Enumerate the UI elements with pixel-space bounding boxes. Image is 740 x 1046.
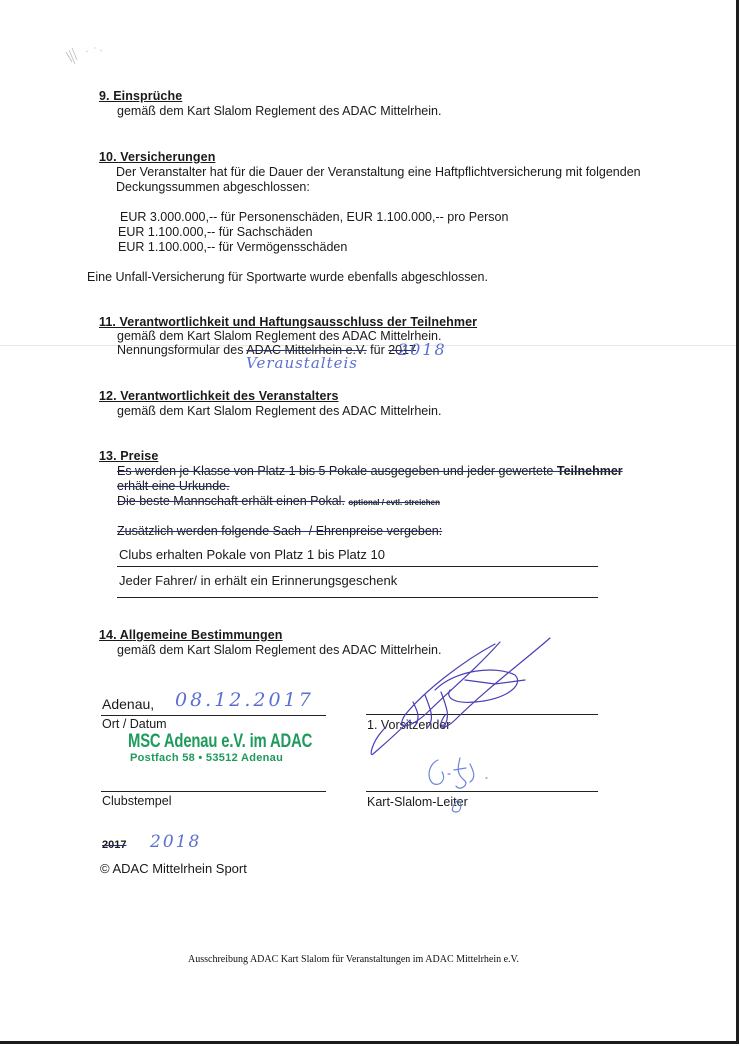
section-heading: 14. Allgemeine Bestimmungen (99, 628, 283, 642)
place-date-label: Ort / Datum (102, 717, 167, 732)
page-edge-right (736, 0, 739, 1044)
coverage-item: EUR 1.100.000,-- für Vermögensschäden (118, 240, 347, 255)
prize-item: Jeder Fahrer/ in erhält ein Erinnerungsg… (119, 573, 397, 588)
club-stamp-line (101, 791, 326, 792)
struck-text: Die beste Mannschaft erhält einen Pokal. (117, 494, 345, 508)
section-text: gemäß dem Kart Slalom Reglement des ADAC… (117, 104, 441, 119)
accident-insurance-note: Eine Unfall-Versicherung für Sportwarte … (87, 270, 488, 285)
coverage-item: EUR 1.100.000,-- für Sachschäden (118, 225, 313, 240)
struck-text: erhält eine Urkunde. (117, 479, 230, 494)
handwritten-year: 2018 (398, 340, 447, 359)
struck-text: Es werden je Klasse von Platz 1 bis 5 Po… (117, 464, 557, 478)
club-stamp-label: Clubstempel (102, 794, 171, 809)
handwritten-copyright-year: 2018 (150, 832, 201, 852)
prize-line (117, 597, 598, 598)
section-heading: 13. Preise (99, 449, 158, 463)
page-edge-bottom (0, 1041, 739, 1044)
stamp-address: Postfach 58 • 53512 Adenau (130, 752, 283, 764)
struck-prize-text: Es werden je Klasse von Platz 1 bis 5 Po… (117, 464, 623, 479)
optional-note: optional / evtl. streichen (348, 498, 440, 507)
prize-item: Clubs erhalten Pokale von Platz 1 bis Pl… (119, 547, 385, 562)
place-date-line (101, 715, 326, 716)
section-text: gemäß dem Kart Slalom Reglement des ADAC… (117, 404, 441, 419)
handwritten-organizer: Veraustalteis (246, 354, 358, 372)
chair-signature (355, 630, 585, 760)
prize-line (117, 566, 598, 567)
section-heading: 10. Versicherungen (99, 150, 215, 164)
handwritten-date: 08.12.2017 (175, 689, 314, 711)
section-heading: 11. Verantwortlichkeit und Haftungsaussc… (99, 315, 477, 329)
leader-signature (420, 752, 510, 812)
page-footer: Ausschreibung ADAC Kart Slalom für Veran… (188, 954, 519, 965)
entry-form-mid: für (367, 343, 389, 357)
entry-form-prefix: Nennungsformular des (117, 343, 246, 357)
struck-text: Zusätzlich werden folgende Sach- / Ehren… (117, 524, 442, 539)
section-text: Deckungssummen abgeschlossen: (116, 180, 310, 195)
stamp-club-name: MSC Adenau e.V. im ADAC (128, 731, 312, 753)
section-text: Der Veranstalter hat für die Dauer der V… (116, 165, 641, 180)
struck-team-prize: Die beste Mannschaft erhält einen Pokal.… (117, 494, 440, 510)
copyright-text: © ADAC Mittelrhein Sport (100, 861, 247, 876)
place-text: Adenau, (102, 697, 154, 712)
scan-smudge (62, 42, 112, 68)
struck-copyright-year: 2017 (102, 838, 126, 853)
section-heading: 9. Einsprüche (99, 89, 182, 103)
section-text: gemäß dem Kart Slalom Reglement des ADAC… (117, 329, 441, 344)
coverage-item: EUR 3.000.000,-- für Personenschäden, EU… (120, 210, 508, 225)
section-heading: 12. Verantwortlichkeit des Veranstalters (99, 389, 339, 403)
struck-text: Teilnehmer (557, 464, 623, 478)
